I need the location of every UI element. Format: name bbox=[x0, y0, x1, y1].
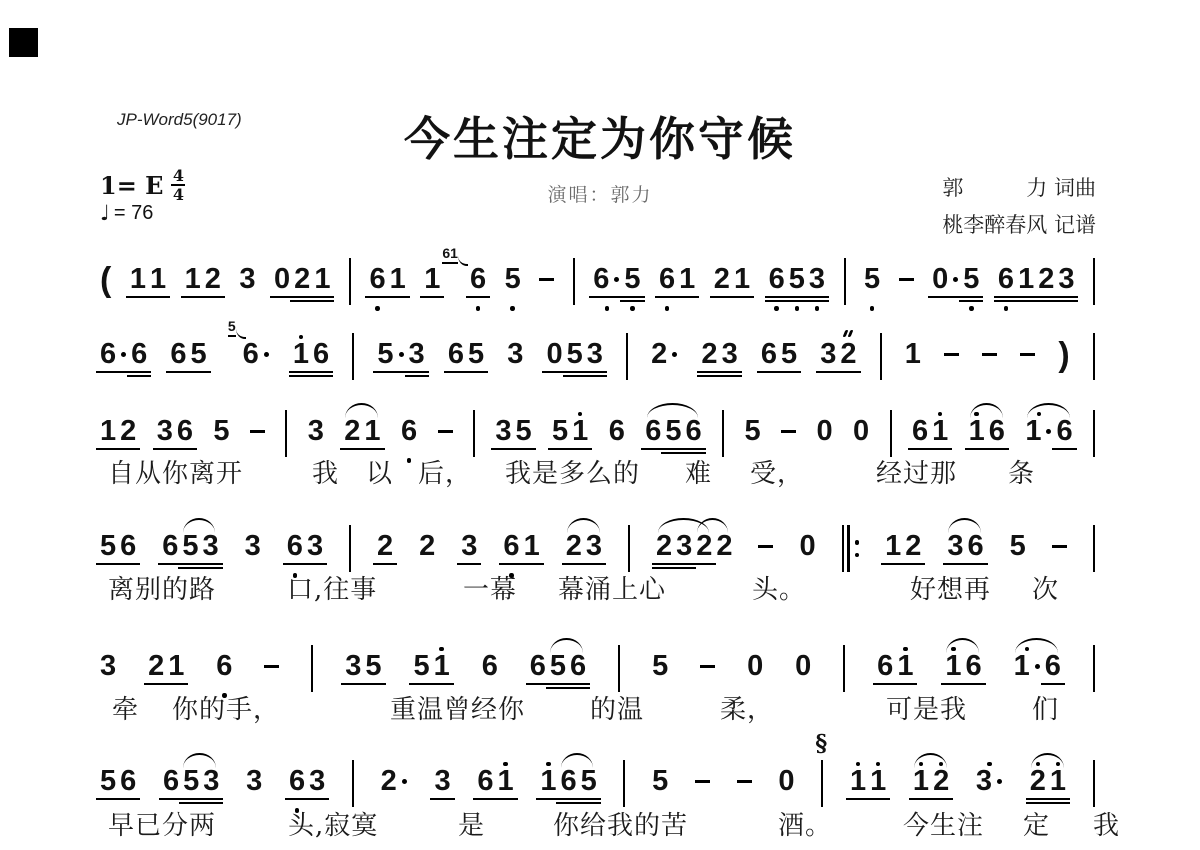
bar-stroke bbox=[1093, 760, 1095, 807]
note-row: 6 bbox=[966, 651, 982, 681]
note-row: 6 bbox=[448, 339, 464, 369]
note-digit: 6 bbox=[170, 339, 186, 369]
note-digit: 1 bbox=[1050, 766, 1066, 796]
duration-underline bbox=[420, 296, 444, 298]
note-digit: 3 bbox=[820, 339, 836, 369]
note: 5 bbox=[191, 329, 207, 390]
underline-area bbox=[365, 681, 381, 691]
note: 2 bbox=[294, 254, 310, 315]
duration-underline bbox=[589, 296, 624, 298]
duration-underline bbox=[309, 375, 333, 377]
bar-stroke bbox=[844, 258, 846, 305]
note-row: 6 bbox=[503, 531, 519, 561]
note-digit: 5 bbox=[100, 766, 116, 796]
underline-area bbox=[546, 369, 562, 379]
underline-area bbox=[130, 294, 146, 304]
note: 1 bbox=[850, 756, 866, 817]
duration-underline bbox=[836, 371, 860, 373]
note-row: 2 bbox=[377, 531, 393, 561]
dash-stroke bbox=[899, 278, 914, 281]
note-row: 1 bbox=[100, 416, 116, 446]
note-digit: 6 bbox=[131, 339, 147, 369]
note: 5 bbox=[963, 254, 979, 315]
underline-area bbox=[239, 294, 255, 304]
underline-area bbox=[781, 369, 797, 379]
note-row: 1 bbox=[434, 651, 450, 681]
note-row: 5 bbox=[781, 339, 797, 369]
grace-note-unit: 56 bbox=[230, 329, 270, 390]
note-row: 1 bbox=[572, 416, 588, 446]
bar-stroke bbox=[623, 760, 625, 807]
note-digit: 1 bbox=[1018, 264, 1034, 294]
note-digit: 0 bbox=[932, 264, 948, 294]
duration-underline bbox=[893, 683, 917, 685]
note-digit: 6 bbox=[100, 339, 116, 369]
note-row: 6 bbox=[477, 766, 493, 796]
underline-area bbox=[505, 294, 521, 304]
note-digit: 0 bbox=[795, 651, 811, 681]
note-row: 3 bbox=[586, 531, 602, 561]
beam-group: 16 bbox=[969, 406, 1005, 467]
underline-area bbox=[659, 294, 675, 304]
note-lower-area bbox=[375, 304, 380, 315]
note: 1 bbox=[885, 521, 901, 582]
bar-stroke bbox=[349, 258, 351, 305]
beam-group: 65 bbox=[170, 329, 206, 390]
note-digit: 2 bbox=[344, 416, 360, 446]
note-digit: 5 bbox=[365, 651, 381, 681]
bar-line bbox=[352, 329, 354, 388]
note-digit: 0 bbox=[816, 416, 832, 446]
note: 6 bbox=[313, 329, 329, 390]
duration-underline bbox=[373, 563, 397, 565]
note-digit: 6 bbox=[966, 651, 982, 681]
note-digit: 5 bbox=[963, 264, 979, 294]
lyric-syllable: 重温曾经你 bbox=[390, 689, 525, 726]
note: 1 bbox=[497, 756, 513, 817]
underline-area bbox=[795, 681, 811, 691]
note-digit: 2 bbox=[419, 531, 435, 561]
note-row: 5 bbox=[624, 264, 640, 294]
note-digit: 6 bbox=[761, 339, 777, 369]
note-digit: 5 bbox=[624, 264, 640, 294]
duration-underline bbox=[805, 300, 829, 302]
note-digit: 5 bbox=[505, 264, 521, 294]
underline-area bbox=[524, 561, 540, 571]
duration-dash bbox=[250, 406, 265, 465]
underline-area bbox=[864, 294, 880, 304]
note-row: 6 bbox=[1056, 416, 1072, 446]
note-digit: 2 bbox=[566, 531, 582, 561]
underline-area bbox=[932, 294, 959, 304]
duration-underline bbox=[493, 798, 517, 800]
dash-stroke bbox=[944, 353, 959, 356]
dash-stroke bbox=[700, 665, 715, 668]
note: 2 bbox=[840, 329, 856, 390]
underline-area bbox=[294, 294, 310, 304]
note-digit: 6 bbox=[570, 651, 586, 681]
note-digit: 2 bbox=[381, 766, 397, 796]
beam-group: 32 bbox=[820, 329, 856, 390]
bar-stroke bbox=[821, 760, 823, 807]
dash-stroke bbox=[695, 780, 710, 783]
underline-area bbox=[1010, 561, 1026, 571]
note-row: 1 bbox=[1050, 766, 1066, 796]
grace-tie-arc bbox=[458, 256, 468, 266]
note-digit: 1 bbox=[885, 531, 901, 561]
note: 0 bbox=[932, 254, 959, 315]
note: 5 bbox=[624, 254, 640, 315]
duration-underline bbox=[1054, 296, 1078, 298]
duration-dash bbox=[982, 329, 997, 388]
note-digit: 2 bbox=[696, 531, 712, 561]
underline-area bbox=[696, 561, 712, 571]
grace-digits: 5 bbox=[228, 318, 236, 337]
note-row: 6 bbox=[570, 651, 586, 681]
note-row: 6 bbox=[967, 531, 983, 561]
score-area: (111230216116165656121653505612366655616… bbox=[0, 0, 1200, 850]
bar-stroke bbox=[626, 333, 628, 380]
duration-underline bbox=[577, 798, 601, 800]
note-row: 6 bbox=[912, 416, 928, 446]
beam-group: 35 bbox=[345, 641, 381, 702]
note-digit: 6 bbox=[912, 416, 928, 446]
duration-underline bbox=[568, 448, 592, 450]
beam-group: 23 bbox=[701, 329, 737, 390]
note-row: 0 bbox=[932, 264, 959, 294]
underline-area bbox=[246, 796, 262, 806]
note-digit: 6 bbox=[593, 264, 609, 294]
underline-area bbox=[989, 446, 1005, 456]
note-digit: 2 bbox=[294, 264, 310, 294]
duration-underline bbox=[116, 563, 140, 565]
note-digit: 3 bbox=[947, 531, 963, 561]
note-digit: 2 bbox=[148, 651, 164, 681]
note-digit: 1 bbox=[969, 416, 985, 446]
duration-underline bbox=[386, 296, 410, 298]
augmentation-dot bbox=[997, 779, 1002, 784]
note-row: 0 bbox=[546, 339, 562, 369]
note: 2 bbox=[381, 756, 408, 817]
underline-area bbox=[424, 294, 440, 304]
underline-area bbox=[853, 446, 869, 456]
bar-stroke bbox=[880, 333, 882, 380]
note-digit: 3 bbox=[307, 531, 323, 561]
note: 2 bbox=[377, 521, 393, 582]
note-row: 6 bbox=[769, 264, 785, 294]
note-digit: 1 bbox=[150, 264, 166, 294]
lyric-syllable: 经过那 bbox=[876, 453, 957, 490]
note: 6 bbox=[243, 329, 270, 390]
note-row: 6 bbox=[313, 339, 329, 369]
note-digit: 3 bbox=[100, 651, 116, 681]
underline-area bbox=[377, 369, 404, 379]
note-row: 3 bbox=[345, 651, 361, 681]
note-digit: 6 bbox=[369, 264, 385, 294]
note-row: 6 bbox=[162, 531, 178, 561]
note-digit: 6 bbox=[477, 766, 493, 796]
note-row: 3 bbox=[239, 264, 255, 294]
note: 0 bbox=[274, 254, 290, 315]
duration-underline bbox=[520, 563, 544, 565]
note-digit: 3 bbox=[587, 339, 603, 369]
underline-area bbox=[701, 369, 717, 379]
note-digit: 5 bbox=[652, 651, 668, 681]
duration-underline bbox=[303, 563, 327, 565]
bar-stroke bbox=[890, 410, 892, 457]
note: 6 bbox=[998, 254, 1014, 315]
underline-area bbox=[963, 294, 979, 304]
underline-area bbox=[1058, 294, 1074, 304]
score-system-2: 666556165365305322365321) bbox=[100, 329, 1095, 390]
note-digit: 3 bbox=[246, 766, 262, 796]
octave-dot bbox=[870, 306, 875, 311]
beam-group: 053 bbox=[546, 329, 602, 390]
note-lower-area bbox=[605, 304, 610, 315]
note-row: 2 bbox=[656, 531, 672, 561]
note: 0 bbox=[816, 406, 832, 467]
underline-area bbox=[820, 369, 836, 379]
note-row: 6 bbox=[163, 766, 179, 796]
note-row: 1 bbox=[168, 651, 184, 681]
note-digit: 3 bbox=[239, 264, 255, 294]
duration-underline bbox=[777, 371, 801, 373]
note-lower-area bbox=[407, 456, 412, 467]
note-digit: 6 bbox=[313, 339, 329, 369]
note-digit: 6 bbox=[877, 651, 893, 681]
underline-area bbox=[809, 294, 825, 304]
bar-stroke bbox=[352, 333, 354, 380]
bar-line bbox=[1093, 254, 1095, 313]
note-row: 1 bbox=[885, 531, 901, 561]
augmentation-dot bbox=[1035, 664, 1040, 669]
duration-dash bbox=[539, 254, 554, 313]
note-digit: 6 bbox=[530, 651, 546, 681]
note-row: 5 bbox=[468, 339, 484, 369]
note-row: 5 bbox=[213, 416, 229, 446]
bar-stroke bbox=[1093, 410, 1095, 457]
note-digit: 6 bbox=[448, 339, 464, 369]
lyric-syllable: 牵 bbox=[112, 689, 139, 726]
underline-area bbox=[714, 294, 730, 304]
duration-underline bbox=[672, 567, 696, 569]
dash-stroke bbox=[264, 665, 279, 668]
dash-stroke bbox=[737, 780, 752, 783]
note: 2 bbox=[651, 329, 678, 390]
note-digit: 3 bbox=[409, 339, 425, 369]
note-digit: 5 bbox=[552, 416, 568, 446]
note-row: 2 bbox=[701, 339, 717, 369]
underline-area bbox=[314, 294, 330, 304]
note-row: 6 bbox=[470, 264, 486, 294]
note: 1 bbox=[1018, 254, 1034, 315]
duration-underline bbox=[373, 371, 408, 373]
note-row: 6 bbox=[170, 339, 186, 369]
bar-stroke bbox=[843, 645, 845, 692]
underline-area bbox=[243, 369, 270, 379]
duration-underline bbox=[963, 563, 987, 565]
octave-dot bbox=[375, 306, 380, 311]
note-row: 6 bbox=[686, 416, 702, 446]
underline-area bbox=[789, 294, 805, 304]
note-row: 5 bbox=[365, 651, 381, 681]
note-row: 1 bbox=[150, 264, 166, 294]
note: 6 bbox=[100, 329, 127, 390]
lyric-syllable: 后， bbox=[418, 453, 472, 490]
note-digit: 5 bbox=[515, 416, 531, 446]
note-digit: 6 bbox=[609, 416, 625, 446]
duration-dash bbox=[1020, 329, 1035, 388]
note-digit: 2 bbox=[714, 264, 730, 294]
duration-dash bbox=[737, 756, 752, 815]
underline-area bbox=[448, 369, 464, 379]
underline-area bbox=[150, 294, 166, 304]
note-digit: 6 bbox=[163, 766, 179, 796]
lyric-syllable: 口,往事 bbox=[287, 569, 377, 606]
bar-stroke bbox=[349, 525, 351, 572]
note-lower-area bbox=[1004, 304, 1009, 315]
note-row: 3 bbox=[947, 531, 963, 561]
note: 3 bbox=[245, 521, 261, 582]
bar-line bbox=[349, 254, 351, 313]
note: 6 bbox=[131, 329, 147, 390]
note-digit: 3 bbox=[676, 531, 692, 561]
underline-area bbox=[734, 294, 750, 304]
underline-area bbox=[679, 294, 695, 304]
octave-dot bbox=[969, 306, 974, 311]
note-row: 0 bbox=[274, 264, 290, 294]
underline-area bbox=[840, 369, 856, 379]
lyric-syllable: 今生注 bbox=[903, 805, 984, 842]
underline-area bbox=[870, 796, 886, 806]
note-lower-area bbox=[774, 304, 779, 315]
note-digit: 1 bbox=[870, 766, 886, 796]
underline-area bbox=[1050, 796, 1066, 806]
note-digit: 3 bbox=[203, 766, 219, 796]
note-digit: 1 bbox=[185, 264, 201, 294]
octave-dot bbox=[815, 306, 820, 311]
note-lower-area bbox=[476, 304, 481, 315]
note-row: 5 bbox=[413, 651, 429, 681]
underline-area bbox=[850, 796, 866, 806]
dash-stroke bbox=[539, 278, 554, 281]
note-digit: 5 bbox=[213, 416, 229, 446]
note-digit: 6 bbox=[686, 416, 702, 446]
note-digit: 6 bbox=[989, 416, 1005, 446]
note-row: 3 bbox=[976, 766, 1003, 796]
duration-underline bbox=[1046, 798, 1070, 800]
note-digit: 3 bbox=[495, 416, 511, 446]
note-row: 2 bbox=[905, 531, 921, 561]
duration-underline bbox=[929, 798, 953, 800]
note-row: 6 bbox=[659, 264, 675, 294]
note-digit: 3 bbox=[586, 531, 602, 561]
note-digit: 3 bbox=[722, 339, 738, 369]
duration-underline bbox=[582, 563, 606, 565]
note: 0 bbox=[853, 406, 869, 467]
note-digit: 3 bbox=[809, 264, 825, 294]
note-digit: 2 bbox=[933, 766, 949, 796]
underline-area bbox=[676, 561, 692, 571]
dash-stroke bbox=[758, 545, 773, 548]
underline-area bbox=[148, 681, 164, 691]
note-row: 5 bbox=[550, 651, 566, 681]
note-digit: 5 bbox=[744, 416, 760, 446]
note-digit: 5 bbox=[581, 766, 597, 796]
duration-underline bbox=[718, 375, 742, 377]
note: 3 bbox=[722, 329, 738, 390]
note-row: 0 bbox=[778, 766, 794, 796]
note: 1 bbox=[679, 254, 695, 315]
duration-underline bbox=[310, 296, 334, 298]
note-digit: 1 bbox=[572, 416, 588, 446]
note-row: 3 bbox=[308, 416, 324, 446]
note-digit: 3 bbox=[245, 531, 261, 561]
duration-underline bbox=[682, 448, 706, 450]
duration-underline bbox=[962, 683, 986, 685]
underline-area bbox=[507, 369, 523, 379]
underline-area bbox=[722, 369, 738, 379]
note-row: 3 bbox=[676, 531, 692, 561]
duration-underline bbox=[985, 448, 1009, 450]
bar-stroke bbox=[628, 525, 630, 572]
note-row: 0 bbox=[816, 416, 832, 446]
note-row: 5 bbox=[652, 651, 668, 681]
underline-area bbox=[313, 369, 329, 379]
note-row: 1 bbox=[913, 766, 929, 796]
lyric-syllable: 酒。 bbox=[778, 805, 832, 842]
duration-underline bbox=[116, 798, 140, 800]
bar-stroke bbox=[311, 645, 313, 692]
bar-stroke bbox=[1093, 645, 1095, 692]
duration-underline bbox=[127, 371, 151, 373]
note-row: 3 bbox=[722, 339, 738, 369]
note-row: 3 bbox=[495, 416, 511, 446]
underline-area bbox=[1038, 294, 1054, 304]
note-row: 5 bbox=[183, 766, 199, 796]
note: 6 bbox=[401, 406, 417, 467]
duration-underline bbox=[675, 296, 699, 298]
note: 1 bbox=[390, 254, 406, 315]
note-row: 2 bbox=[696, 531, 712, 561]
repeat-dots bbox=[855, 540, 860, 557]
segno-icon: § bbox=[815, 730, 827, 757]
lyric-syllable: 们 bbox=[1032, 689, 1059, 726]
note-digit: 2 bbox=[1030, 766, 1046, 796]
note-row: 6 bbox=[177, 416, 193, 446]
note-row: 0 bbox=[799, 531, 815, 561]
beam-group: 21 bbox=[714, 254, 750, 315]
lyric-syllable: 可是我 bbox=[886, 689, 967, 726]
note: 3 bbox=[507, 329, 523, 390]
underline-area bbox=[409, 369, 425, 379]
note-digit: 3 bbox=[203, 531, 219, 561]
repeat-dot bbox=[855, 553, 860, 558]
beam-group: 021 bbox=[274, 254, 330, 315]
lyric-syllable: 定 bbox=[1023, 805, 1050, 842]
bar-line bbox=[1093, 521, 1095, 580]
duration-underline bbox=[730, 296, 754, 298]
note: 5 bbox=[365, 641, 381, 702]
lyric-syllable: 自从你离开 bbox=[108, 453, 243, 490]
beam-group: 656 bbox=[530, 641, 586, 702]
note-lower-area bbox=[969, 304, 974, 315]
note-row: 3 bbox=[809, 264, 825, 294]
note-digit: 0 bbox=[853, 416, 869, 446]
duration-underline bbox=[164, 683, 188, 685]
note-row: 3 bbox=[245, 531, 261, 561]
lyric-syllable: 条 bbox=[1008, 453, 1035, 490]
